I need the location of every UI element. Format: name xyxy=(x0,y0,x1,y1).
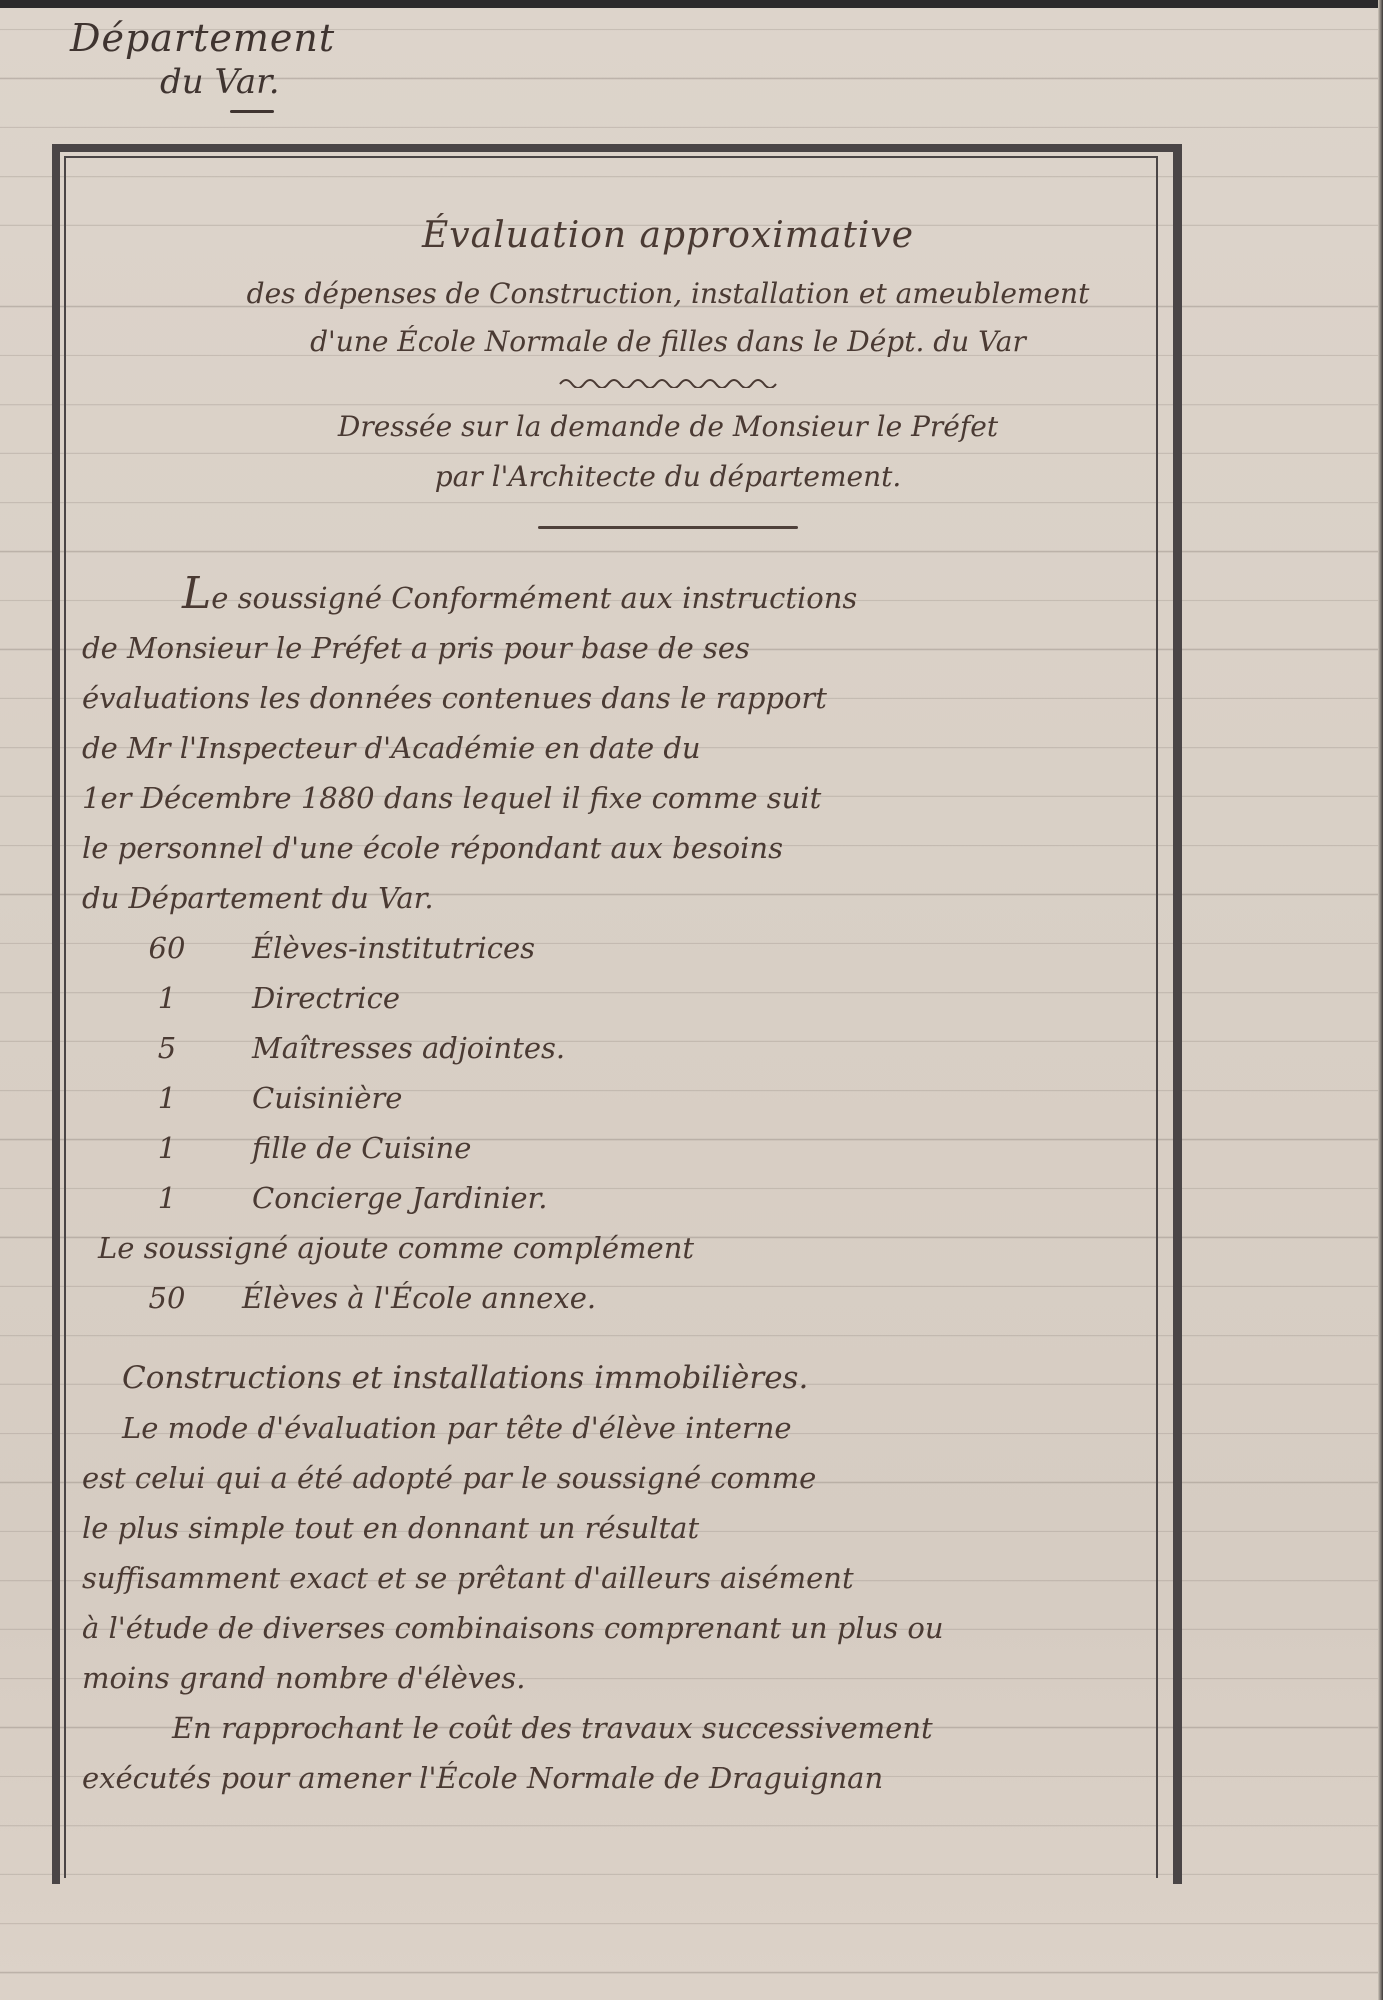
complement-line: Le soussigné ajoute comme complément xyxy=(82,1223,1152,1273)
department-name: Département xyxy=(70,16,335,60)
department-header: Département du Var. xyxy=(70,16,335,113)
staff-item: 1 fille de Cuisine xyxy=(82,1123,1152,1173)
intro-line: Le soussigné Conformément aux instructio… xyxy=(82,569,1152,623)
section-line: Le mode d'évaluation par tête d'élève in… xyxy=(82,1403,1152,1453)
staff-list: 60 Élèves-institutrices 1 Directrice 5 M… xyxy=(82,923,1152,1223)
staff-qty: 60 xyxy=(82,923,222,973)
subtitle-line-2: d'une École Normale de filles dans le Dé… xyxy=(118,318,1218,366)
prepared-line-1: Dressée sur la demande de Monsieur le Pr… xyxy=(118,402,1218,452)
staff-qty: 5 xyxy=(82,1023,222,1073)
title-block: Évaluation approximative des dépenses de… xyxy=(118,215,1218,529)
title-divider xyxy=(538,526,798,529)
intro-line: 1er Décembre 1880 dans lequel il fixe co… xyxy=(82,773,1152,823)
section-line: suffisamment exact et se prêtant d'aille… xyxy=(82,1553,1152,1603)
staff-qty: 1 xyxy=(82,1173,222,1223)
staff-role: Concierge Jardinier. xyxy=(222,1173,547,1223)
intro-line: évaluations les données contenues dans l… xyxy=(82,673,1152,723)
prepared-by: Dressée sur la demande de Monsieur le Pr… xyxy=(118,402,1218,502)
section-line: le plus simple tout en donnant un résult… xyxy=(82,1503,1152,1553)
subtitle-line-1: des dépenses de Construction, installati… xyxy=(118,270,1218,318)
document-subtitle: des dépenses de Construction, installati… xyxy=(118,270,1218,366)
staff-item: 1 Directrice xyxy=(82,973,1152,1023)
scan-right-edge xyxy=(1378,0,1383,2000)
staff-role: fille de Cuisine xyxy=(222,1123,471,1173)
dropcap: L xyxy=(182,568,211,619)
staff-item: 1 Concierge Jardinier. xyxy=(82,1173,1152,1223)
document-body: Évaluation approximative des dépenses de… xyxy=(78,175,1168,1803)
prepared-line-2: par l'Architecte du département. xyxy=(118,452,1218,502)
intro-line: de Monsieur le Préfet a pris pour base d… xyxy=(82,623,1152,673)
annex-qty: 50 xyxy=(82,1273,222,1323)
staff-item: 60 Élèves-institutrices xyxy=(82,923,1152,973)
staff-qty: 1 xyxy=(82,1073,222,1123)
section-line: à l'étude de diverses combinaisons compr… xyxy=(82,1603,1152,1653)
intro-paragraph: Le soussigné Conformément aux instructio… xyxy=(78,569,1152,1803)
department-region: du Var. xyxy=(160,62,335,102)
staff-role: Maîtresses adjointes. xyxy=(222,1023,565,1073)
header-underline xyxy=(230,110,274,113)
annex-role: Élèves à l'École annexe. xyxy=(222,1273,596,1323)
scan-top-edge xyxy=(0,0,1383,8)
section-line: est celui qui a été adopté par le soussi… xyxy=(82,1453,1152,1503)
section-line: moins grand nombre d'élèves. xyxy=(82,1653,1152,1703)
staff-qty: 1 xyxy=(82,973,222,1023)
annex-item: 50 Élèves à l'École annexe. xyxy=(82,1273,1152,1323)
staff-qty: 1 xyxy=(82,1123,222,1173)
staff-role: Élèves-institutrices xyxy=(222,923,535,973)
staff-role: Cuisinière xyxy=(222,1073,402,1123)
section-line: En rapprochant le coût des travaux succe… xyxy=(82,1703,1152,1753)
staff-role: Directrice xyxy=(222,973,400,1023)
staff-item: 5 Maîtresses adjointes. xyxy=(82,1023,1152,1073)
intro-line: de Mr l'Inspecteur d'Académie en date du xyxy=(82,723,1152,773)
intro-line: le personnel d'une école répondant aux b… xyxy=(82,823,1152,873)
intro-line: du Département du Var. xyxy=(82,873,1152,923)
staff-item: 1 Cuisinière xyxy=(82,1073,1152,1123)
section-heading: Constructions et installations immobiliè… xyxy=(82,1353,1152,1403)
section-line: exécutés pour amener l'École Normale de … xyxy=(82,1753,1152,1803)
squiggle-divider xyxy=(558,376,778,388)
document-title: Évaluation approximative xyxy=(118,215,1218,256)
